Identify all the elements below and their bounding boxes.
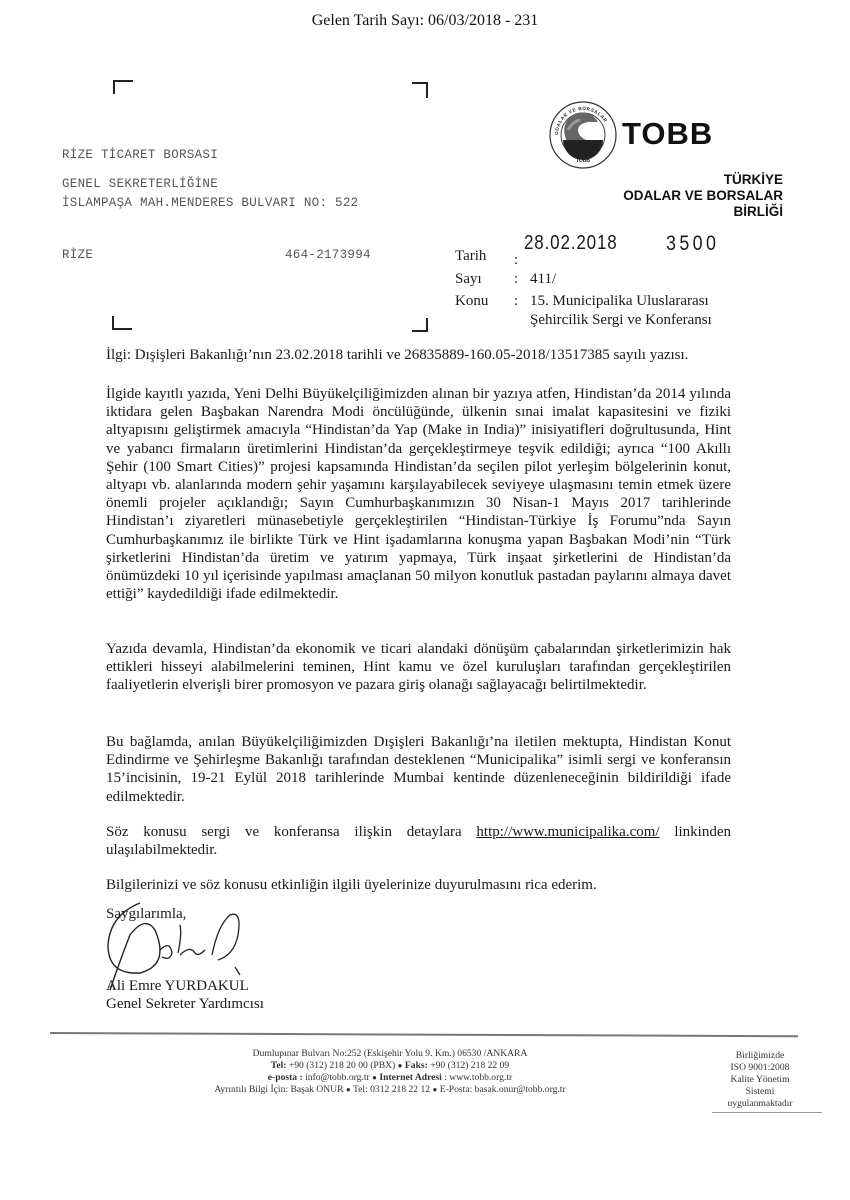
svg-text:TOBB: TOBB: [576, 158, 590, 164]
tobb-title: TOBB: [622, 116, 713, 152]
tel-label: Tel:: [271, 1060, 287, 1071]
iso-note-line-5: uygulanmaktadır: [690, 1098, 830, 1111]
org-name-line-1: TÜRKİYE: [724, 172, 783, 187]
subject-line-1: 15. Municipalika Uluslararası: [530, 293, 709, 310]
date-label: Tarih: [455, 248, 486, 265]
reference-line: İlgi: Dışişleri Bakanlığı’nın 23.02.2018…: [106, 347, 688, 364]
number-value: 411/: [530, 271, 556, 288]
envelope-corner-bottom-right: [412, 318, 428, 332]
internet-label: Internet Adresi: [379, 1072, 441, 1083]
envelope-corner-top-left: [113, 80, 133, 94]
recipient-phone: 464-2173994: [285, 248, 371, 262]
footer-email-web: e-posta : info@tobb.org.tr ● Internet Ad…: [200, 1072, 580, 1084]
org-name-line-3: BİRLİĞİ: [734, 204, 784, 219]
tel-value: +90 (312) 218 20 00 (PBX): [286, 1060, 397, 1071]
recipient-department: GENEL SEKRETERLİĞİNE: [62, 177, 218, 191]
fax-label: Faks:: [405, 1060, 428, 1071]
recipient-street: İSLAMPAŞA MAH.MENDERES BULVARI NO: 522: [62, 196, 358, 210]
signatory-name: Ali Emre YURDAKUL: [106, 978, 249, 995]
subject-label: Konu: [455, 293, 488, 310]
fax-value: +90 (312) 218 22 09: [428, 1060, 509, 1071]
envelope-corner-bottom-left: [112, 316, 132, 330]
date-value: 28.02.2018: [524, 232, 618, 255]
iso-note-line-2: ISO 9001:2008: [690, 1062, 830, 1075]
footer-phone-fax: Tel: +90 (312) 218 20 00 (PBX) ● Faks: +…: [200, 1060, 580, 1072]
stamp-number: 3500: [666, 232, 719, 256]
date-colon: :: [514, 252, 518, 269]
recipient-city: RİZE: [62, 248, 93, 262]
iso-note-line-3: Kalite Yönetim: [690, 1074, 830, 1087]
bullet-icon: ●: [372, 1073, 377, 1082]
footer-address: Dumlupınar Bulvarı No:252 (Eskişehir Yol…: [200, 1048, 580, 1060]
body-paragraph-1: İlgide kayıtlı yazıda, Yeni Delhi Büyüke…: [106, 385, 731, 603]
email-value[interactable]: info@tobb.org.tr: [303, 1072, 372, 1083]
iso-divider: [712, 1112, 822, 1113]
subject-colon: :: [514, 293, 518, 310]
paragraph-4-lead: Söz konusu sergi ve konferansa ilişkin d…: [106, 824, 476, 840]
footer-divider: [50, 1032, 798, 1037]
tobb-seal-icon: TOBB ODALAR VE BORSALAR: [548, 100, 618, 170]
internet-value[interactable]: : www.tobb.org.tr: [442, 1072, 512, 1083]
number-label: Sayı: [455, 271, 482, 288]
incoming-date-stamp: Gelen Tarih Sayı: 06/03/2018 - 231: [0, 12, 850, 30]
body-paragraph-4: Söz konusu sergi ve konferansa ilişkin d…: [106, 823, 731, 859]
email-label: e-posta :: [268, 1072, 303, 1083]
envelope-corner-top-right: [412, 82, 428, 98]
org-name-line-2: ODALAR VE BORSALAR: [623, 188, 783, 203]
signatory-title: Genel Sekreter Yardımcısı: [106, 996, 264, 1013]
bullet-icon: ●: [398, 1061, 403, 1070]
iso-note-line-4: Sistemi: [690, 1086, 830, 1099]
contact-email[interactable]: E-Posta: basak.onur@tobb.org.tr: [437, 1084, 565, 1095]
number-colon: :: [514, 271, 518, 288]
body-paragraph-2: Yazıda devamla, Hindistan’da ekonomik ve…: [106, 640, 731, 695]
footer-contact: Ayrıntılı Bilgi İçin: Başak ONUR ● Tel: …: [200, 1084, 580, 1096]
contact-phone: Tel: 0312 218 22 12: [351, 1084, 433, 1095]
body-paragraph-5: Bilgilerinizi ve söz konusu etkinliğin i…: [106, 876, 731, 894]
municipalika-link[interactable]: http://www.municipalika.com/: [476, 824, 659, 840]
recipient-name: RİZE TİCARET BORSASI: [62, 148, 218, 162]
iso-note-line-1: Birliğimizde: [690, 1050, 830, 1063]
subject-line-2: Şehircilik Sergi ve Konferansı: [530, 312, 712, 329]
contact-person: Ayrıntılı Bilgi İçin: Başak ONUR: [214, 1084, 346, 1095]
body-paragraph-3: Bu bağlamda, anılan Büyükelçiliğimizden …: [106, 733, 731, 806]
